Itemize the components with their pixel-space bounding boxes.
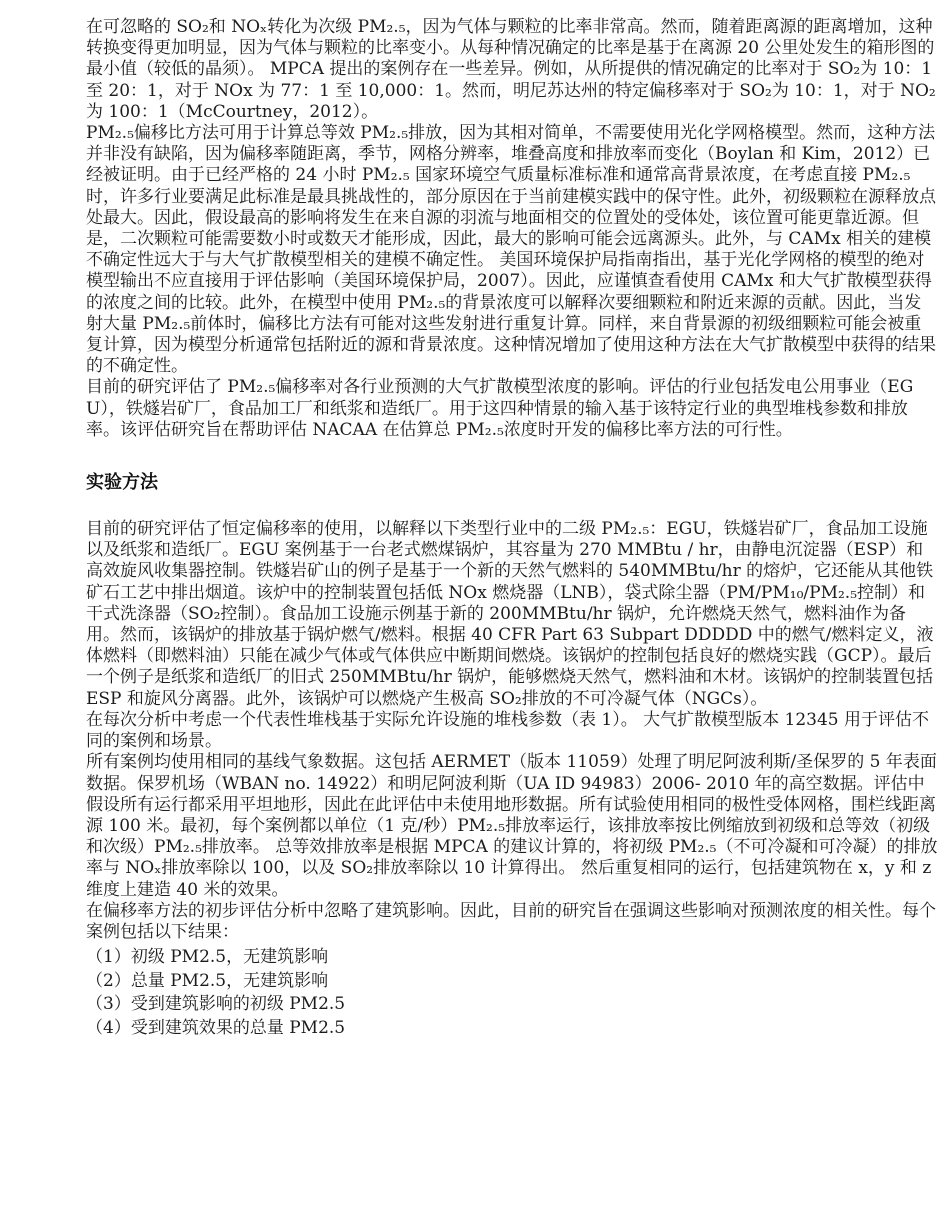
paragraph-study-scope: 目前的研究评估了 PM₂.₅偏移率对各行业预测的大气扩散模型浓度的影响。评估的行… xyxy=(86,377,938,441)
list-item-primary-with-buildings: （3）受到建筑影响的初级 PM2.5 xyxy=(86,993,938,1017)
list-item-primary-no-buildings: （1）初级 PM2.5，无建筑影响 xyxy=(86,946,938,970)
list-item-total-with-buildings: （4）受到建筑效果的总量 PM2.5 xyxy=(86,1017,938,1041)
paragraph-offset-method-limits: PM₂.₅偏移比方法可用于计算总等效 PM₂.₅排放，因为其相对简单，不需要使用… xyxy=(86,123,938,377)
list-item-total-no-buildings: （2）总量 PM2.5，无建筑影响 xyxy=(86,970,938,994)
section-heading-experimental-methods: 实验方法 xyxy=(86,468,938,494)
document-page: 在可忽略的 SO₂和 NOₓ转化为次级 PM₂.₅，因为气体与颗粒的比率非常高。… xyxy=(0,0,952,1232)
paragraph-building-effects: 在偏移率方法的初步评估分析中忽略了建筑影响。因此，目前的研究旨在强调这些影响对预… xyxy=(86,901,938,943)
results-list: （1）初级 PM2.5，无建筑影响 （2）总量 PM2.5，无建筑影响 （3）受… xyxy=(86,946,938,1040)
paragraph-industry-cases: 目前的研究评估了恒定偏移率的使用，以解释以下类型行业中的二级 PM₂.₅：EGU… xyxy=(86,519,938,710)
paragraph-stack-parameters: 在每次分析中考虑一个代表性堆栈基于实际允许设施的堆栈参数（表 1）。 大气扩散模… xyxy=(86,710,938,752)
paragraph-offset-ratios: 在可忽略的 SO₂和 NOₓ转化为次级 PM₂.₅，因为气体与颗粒的比率非常高。… xyxy=(86,17,938,123)
paragraph-meteorological-data: 所有案例均使用相同的基线气象数据。这包括 AERMET（版本 11059）处理了… xyxy=(86,752,938,900)
